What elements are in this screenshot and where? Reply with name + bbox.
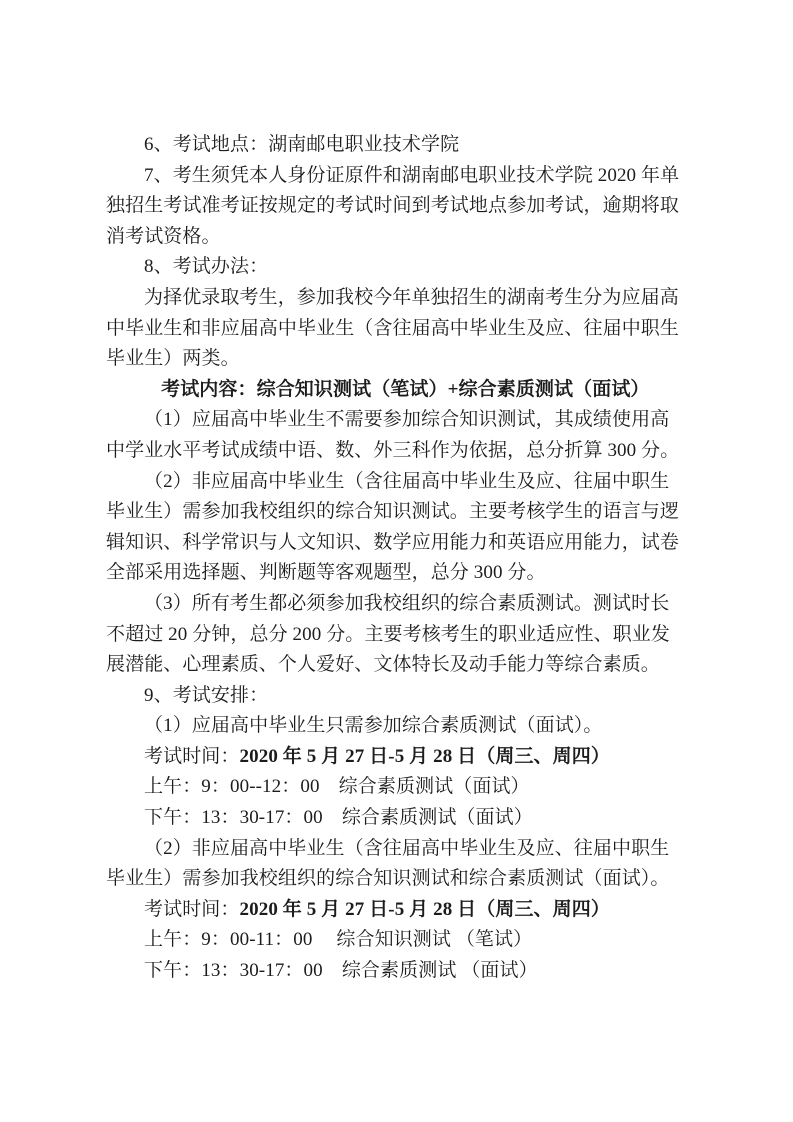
line-item-8-exam-method: 8、考试办法： [106, 252, 684, 283]
line-exam-time-1: 考试时间：2020 年 5 月 27 日-5 月 28 日（周三、周四） [106, 742, 684, 773]
para-candidate-categories-2: 中毕业生和非应届高中毕业生（含往届高中毕业生及应、往届中职生 [106, 314, 684, 345]
para-non-current-graduates-2: 毕业生）需参加我校组织的综合知识测试。主要考核学生的语言与逻 [106, 497, 684, 528]
para-candidate-categories-1: 为择优录取考生，参加我校今年单独招生的湖南考生分为应届高 [106, 283, 684, 314]
para-quality-test-1: （3）所有考生都必须参加我校组织的综合素质测试。测试时长 [106, 589, 684, 620]
line-item-7-admission-rule-3: 消考试资格。 [106, 222, 684, 253]
para-quality-test-2: 不超过 20 分钟，总分 200 分。主要考核考生的职业适应性、职业发 [106, 620, 684, 651]
line-exam-time-2: 考试时间：2020 年 5 月 27 日-5 月 28 日（周三、周四） [106, 895, 684, 926]
line-item-6-exam-location: 6、考试地点：湖南邮电职业技术学院 [106, 130, 684, 161]
line-item-7-admission-rule-2: 独招生考试准考证按规定的考试时间到考试地点参加考试，逾期将取 [106, 191, 684, 222]
exam-time-2-label: 考试时间： [144, 899, 240, 920]
para-current-graduates-1: （1）应届高中毕业生不需要参加综合知识测试，其成绩使用高 [106, 405, 684, 436]
document-page: 6、考试地点：湖南邮电职业技术学院 7、考生须凭本人身份证原件和湖南邮电职业技术… [0, 0, 793, 1122]
line-item-9-exam-schedule: 9、考试安排： [106, 681, 684, 712]
line-afternoon-session-2: 下午：13：30-17：00 综合素质测试 （面试） [106, 956, 684, 987]
para-current-graduates-2: 中学业水平考试成绩中语、数、外三科作为依据，总分折算 300 分。 [106, 436, 684, 467]
para-non-current-graduates-3: 辑知识、科学常识与人文知识、数学应用能力和英语应用能力，试卷 [106, 528, 684, 559]
exam-time-1-label: 考试时间： [144, 746, 240, 767]
line-afternoon-session-1: 下午：13：30-17：00 综合素质测试（面试） [106, 803, 684, 834]
para-candidate-categories-3: 毕业生）两类。 [106, 344, 684, 375]
line-schedule-current-grads: （1）应届高中毕业生只需参加综合素质测试（面试）。 [106, 711, 684, 742]
para-schedule-non-current-1: （2）非应届高中毕业生（含往届高中毕业生及应、往届中职生 [106, 834, 684, 865]
heading-exam-content: 考试内容：综合知识测试（笔试）+综合素质测试（面试） [106, 375, 684, 406]
document-content: 6、考试地点：湖南邮电职业技术学院 7、考生须凭本人身份证原件和湖南邮电职业技术… [106, 130, 684, 987]
line-item-7-admission-rule-1: 7、考生须凭本人身份证原件和湖南邮电职业技术学院 2020 年单 [106, 161, 684, 192]
exam-time-2-value: 2020 年 5 月 27 日-5 月 28 日（周三、周四） [240, 899, 610, 920]
exam-time-1-value: 2020 年 5 月 27 日-5 月 28 日（周三、周四） [240, 746, 610, 767]
para-non-current-graduates-1: （2）非应届高中毕业生（含往届高中毕业生及应、往届中职生 [106, 467, 684, 498]
line-morning-session-2: 上午：9：00-11：00 综合知识测试 （笔试） [106, 925, 684, 956]
line-morning-session-1: 上午：9：00--12：00 综合素质测试（面试） [106, 772, 684, 803]
para-non-current-graduates-4: 全部采用选择题、判断题等客观题型，总分 300 分。 [106, 558, 684, 589]
para-quality-test-3: 展潜能、心理素质、个人爱好、文体特长及动手能力等综合素质。 [106, 650, 684, 681]
para-schedule-non-current-2: 毕业生）需参加我校组织的综合知识测试和综合素质测试（面试）。 [106, 864, 684, 895]
